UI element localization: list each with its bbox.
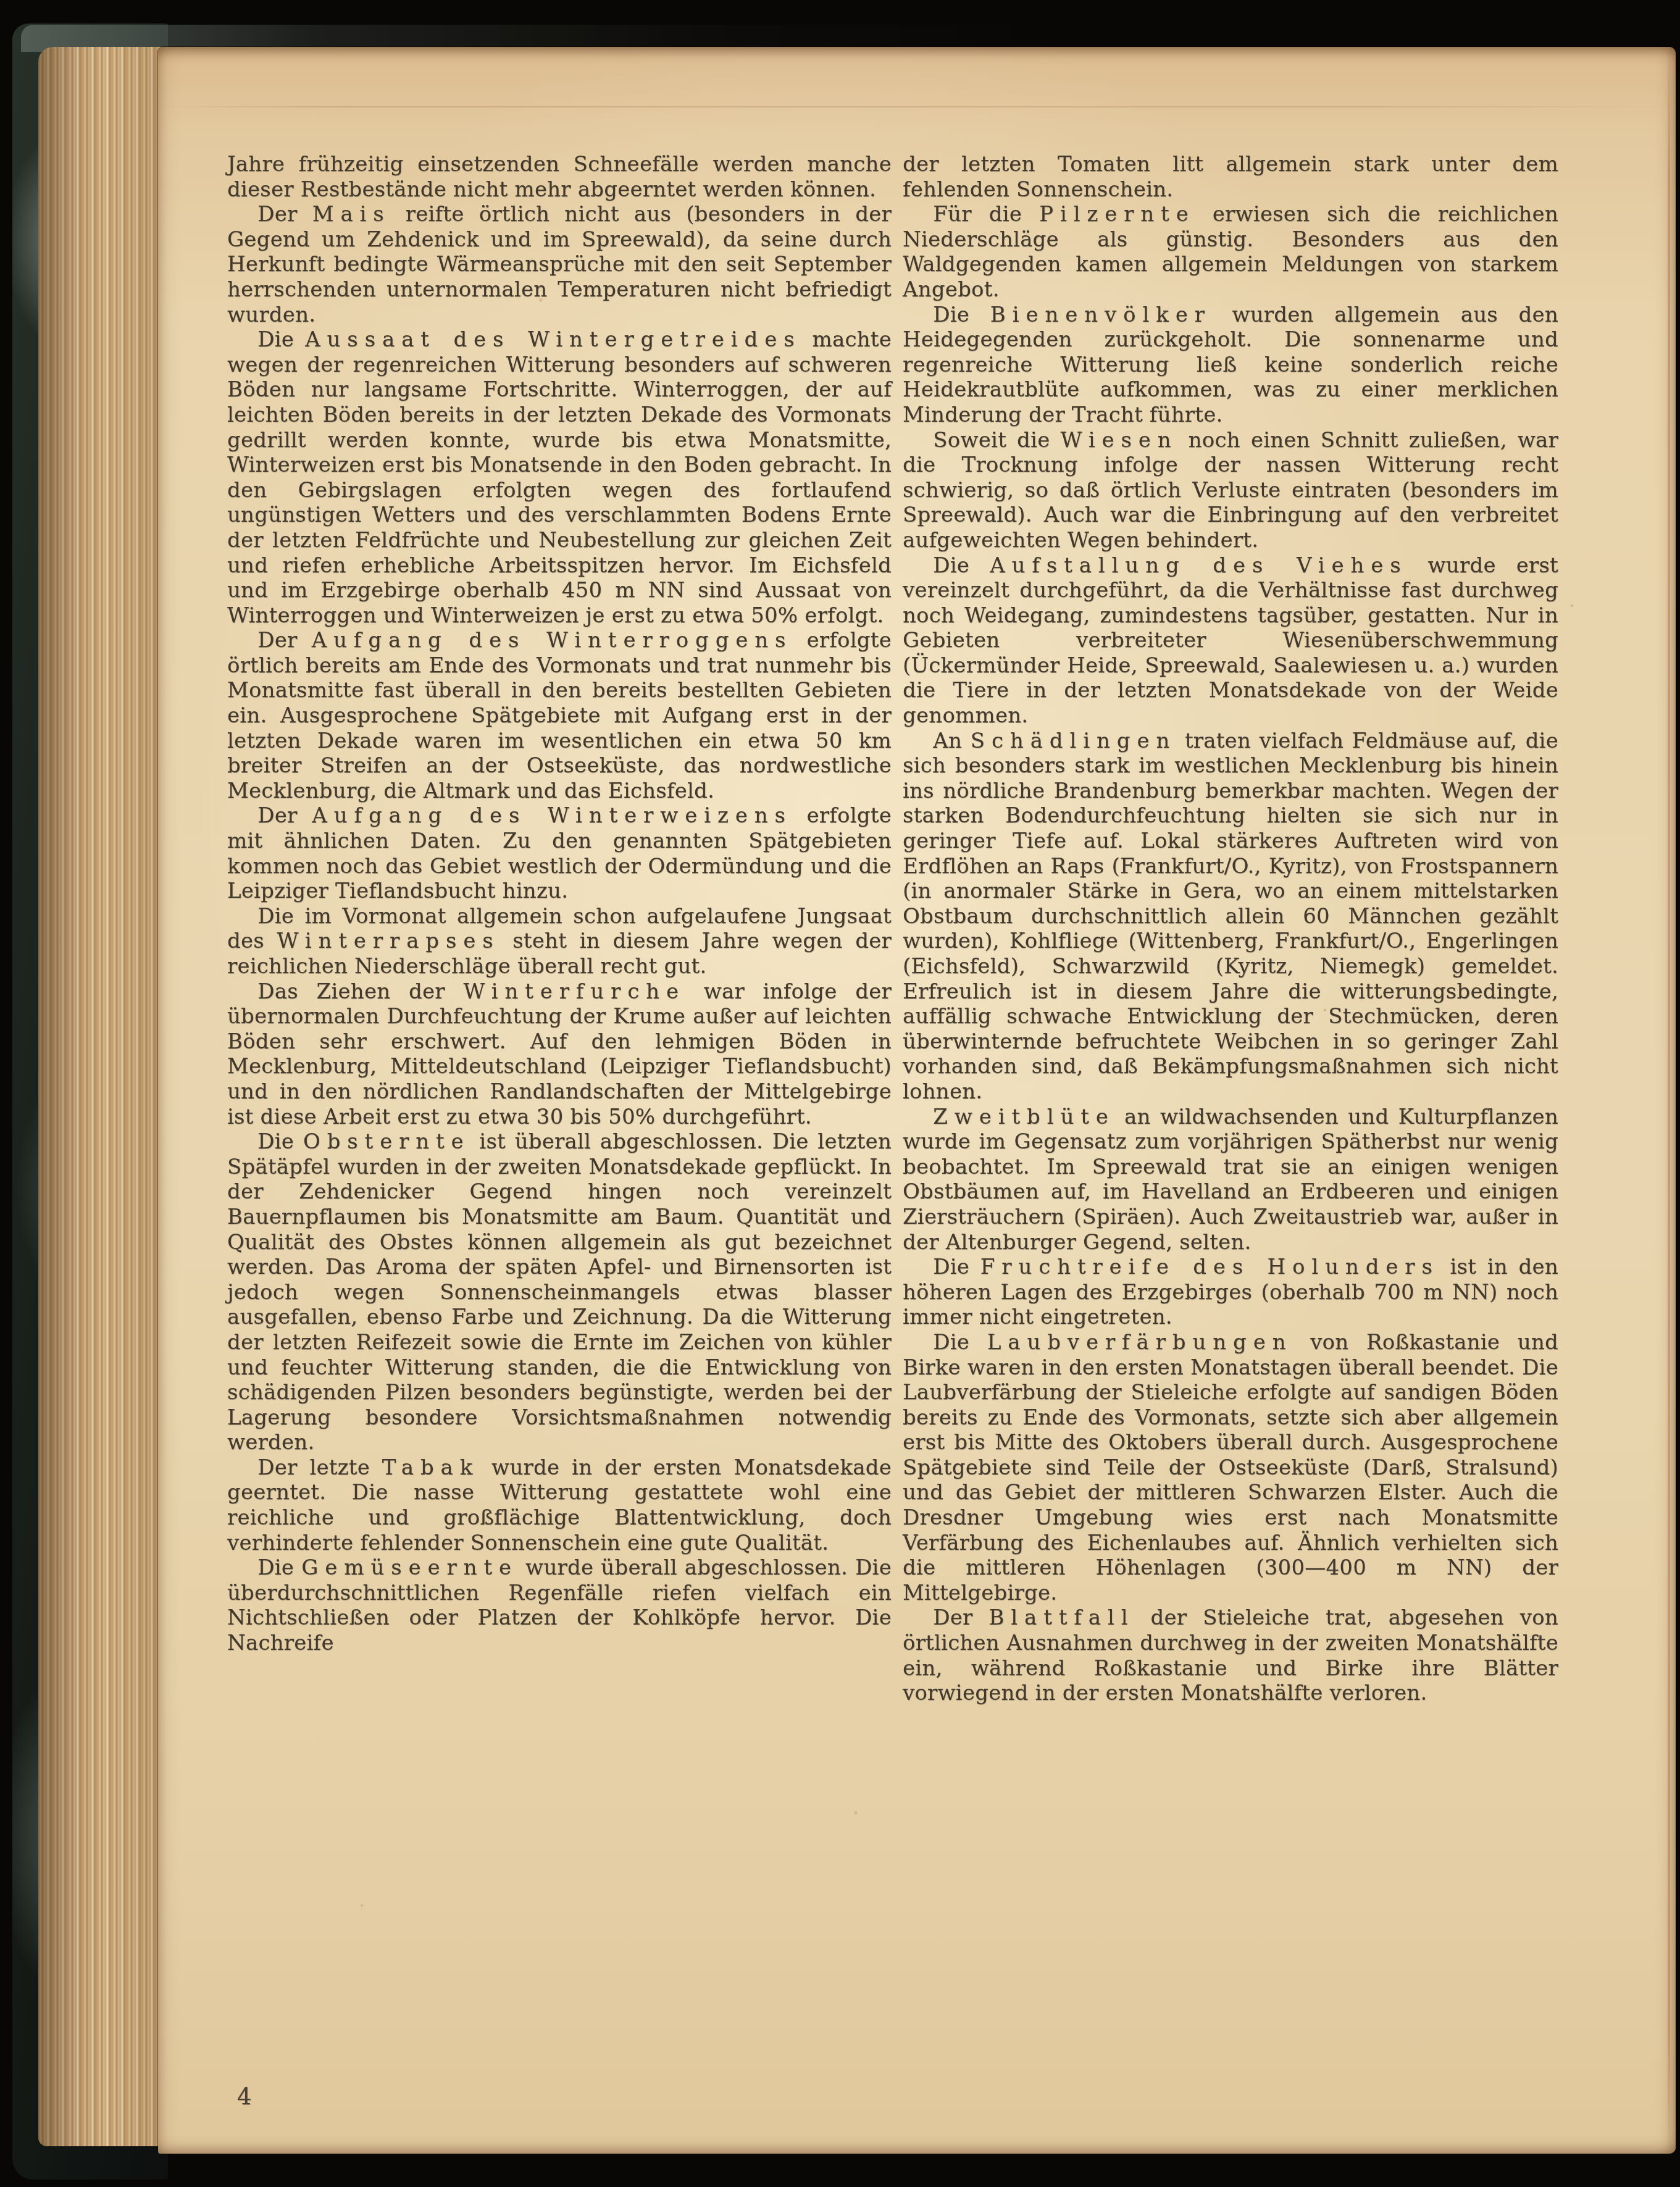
emphasized-term: Aufgang des Winterweizens — [312, 803, 792, 828]
text-segment: Die — [257, 1555, 301, 1580]
text-segment: Für die — [933, 202, 1039, 227]
paragraph: An Schädlingen traten vielfach Feldmäuse… — [903, 729, 1558, 1105]
emphasized-term: Wiesen — [1061, 428, 1178, 453]
book-scan: Jahre frühzeitig einsetzenden Schneefäll… — [0, 0, 1680, 2187]
text-segment: Der — [257, 202, 312, 227]
page-fold-line — [1668, 47, 1670, 2154]
paragraph: Die Laubverfärbungen von Roßkastanie und… — [903, 1330, 1558, 1606]
paragraph: Die Fruchtreife des Holunders ist in den… — [903, 1255, 1558, 1330]
emphasized-term: Obsternte — [303, 1129, 470, 1154]
text-segment: Die — [933, 1255, 980, 1279]
emphasized-term: Fruchtreife des Holunders — [980, 1255, 1439, 1279]
text-segment: Der — [257, 628, 311, 653]
emphasized-term: Winterfurche — [463, 979, 685, 1004]
text-segment: Die — [933, 303, 990, 327]
paragraph: der letzten Tomaten litt allgemein stark… — [903, 152, 1558, 202]
text-segment: traten vielfach Feldmäuse auf, die sich … — [903, 729, 1558, 1104]
emphasized-term: Blattfall — [989, 1605, 1135, 1630]
emphasized-term: Gemüseernte — [301, 1555, 518, 1580]
page-crease — [158, 106, 1676, 107]
paragraph: Der Blattfall der Stieleiche trat, abges… — [903, 1605, 1558, 1705]
text-segment: erfolgte örtlich bereits am Ende des Vor… — [227, 628, 892, 803]
emphasized-term: Zweitblüte — [933, 1105, 1115, 1129]
text-segment: An — [933, 729, 971, 753]
emphasized-term: Laubverfärbungen — [987, 1330, 1293, 1355]
paragraph: Die Obsternte ist überall abgeschlossen.… — [227, 1129, 892, 1455]
emphasized-term: Tabak — [382, 1455, 479, 1480]
paragraph: Zweitblüte an wildwachsenden und Kulturp… — [903, 1105, 1558, 1255]
text-column-left: Jahre frühzeitig einsetzenden Schneefäll… — [227, 152, 892, 1656]
emphasized-term: Winterrapses — [277, 929, 500, 953]
text-segment: der letzten Tomaten litt allgemein stark… — [903, 152, 1558, 202]
paragraph: Die Aufstallung des Viehes wurde erst ve… — [903, 553, 1558, 729]
page: Jahre frühzeitig einsetzenden Schneefäll… — [158, 47, 1676, 2154]
text-segment: Die — [257, 1129, 303, 1154]
paragraph: Der Aufgang des Winterroggens erfolgte ö… — [227, 628, 892, 803]
emphasized-term: Aussaat des Wintergetreides — [305, 327, 801, 352]
emphasized-term: Mais — [312, 202, 391, 227]
emphasized-term: Schädlingen — [971, 729, 1176, 753]
emphasized-term: Aufgang des Winterroggens — [312, 628, 793, 653]
text-segment: wurde erst vereinzelt durchgeführt, da d… — [903, 553, 1558, 729]
page-edges — [38, 47, 163, 2146]
paragraph: Die Aussaat des Wintergetreides machte w… — [227, 327, 892, 628]
text-segment: Die — [933, 1330, 987, 1355]
paragraph: Jahre frühzeitig einsetzenden Schneefäll… — [227, 152, 892, 202]
emphasized-term: Bienenvölker — [990, 303, 1211, 327]
text-segment: Soweit die — [933, 428, 1060, 453]
emphasized-term: Aufstallung des Viehes — [990, 553, 1407, 578]
text-column-right: der letzten Tomaten litt allgemein stark… — [903, 152, 1558, 1706]
paragraph: Die Gemüseernte wurde überall abgeschlos… — [227, 1555, 892, 1655]
paragraph: Die Bienenvölker wurden allgemein aus de… — [903, 303, 1558, 428]
paragraph: Der letzte Tabak wurde in der ersten Mon… — [227, 1455, 892, 1555]
text-segment: Der — [257, 803, 312, 828]
paragraph: Die im Vormonat allgemein schon aufgelau… — [227, 904, 892, 979]
paragraph: Der Aufgang des Winterweizens erfolgte m… — [227, 803, 892, 903]
text-segment: Der letzte — [257, 1455, 382, 1480]
text-segment: Der — [933, 1605, 988, 1630]
text-segment: ist überall abgeschlossen. Die letzten S… — [227, 1129, 892, 1455]
paragraph: Der Mais reifte örtlich nicht aus (beson… — [227, 202, 892, 327]
emphasized-term: Pilzernte — [1039, 202, 1195, 227]
text-segment: Jahre frühzeitig einsetzenden Schneefäll… — [227, 152, 892, 202]
text-segment: von Roßkastanie und Birke waren in den e… — [903, 1330, 1558, 1605]
page-number: 4 — [237, 2083, 252, 2110]
text-segment: machte wegen der regenreichen Witterung … — [227, 327, 892, 628]
paragraph: Soweit die Wiesen noch einen Schnitt zul… — [903, 428, 1558, 553]
text-segment: Das Ziehen der — [257, 979, 463, 1004]
text-segment: Die — [933, 553, 990, 578]
text-segment: Die — [257, 327, 305, 352]
paragraph: Für die Pilzernte erwiesen sich die reic… — [903, 202, 1558, 302]
paragraph: Das Ziehen der Winterfurche war infolge … — [227, 979, 892, 1130]
